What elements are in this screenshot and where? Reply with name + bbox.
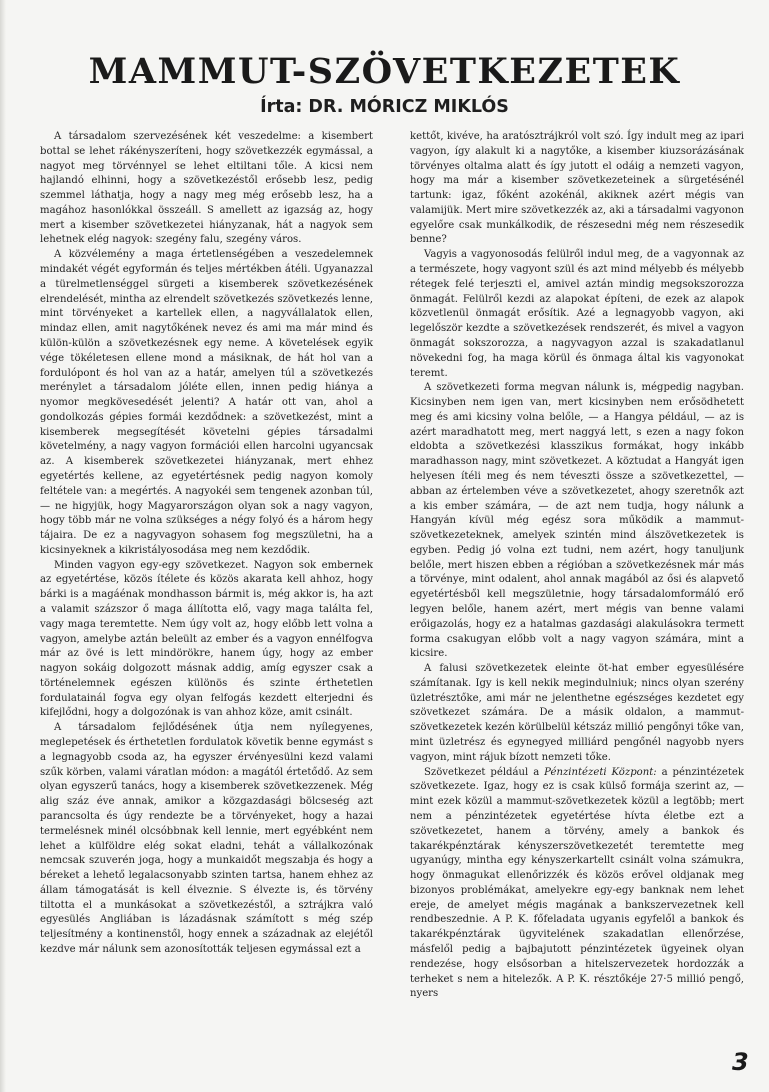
magazine-page: MAMMUT-SZÖVETKEZETEK Írta:DR. MÓRICZ MIK… (0, 0, 769, 1092)
paragraph-continued: kettőt, kivéve, ha aratósztrájkról volt … (410, 130, 744, 248)
paragraph: A társadalom fejlődésének útja nem nyíle… (40, 721, 373, 958)
paragraph: A szövetkezeti forma megvan nálunk is, m… (410, 381, 744, 662)
paragraph: A falusi szövetkezetek eleinte öt-hat em… (410, 662, 744, 765)
page-number: 3 (732, 1048, 749, 1076)
paragraph-text: Szövetkezet például a (424, 767, 544, 778)
byline-prefix: Írta: (260, 97, 302, 117)
institution-name-italic: Pénzintézeti Központ: (544, 767, 657, 778)
paragraph: A társadalom szervezésének két veszedelm… (40, 130, 373, 248)
paragraph: Vagyis a vagyonosodás felülről indul meg… (410, 248, 744, 381)
left-text-column: A társadalom szervezésének két veszedelm… (40, 130, 373, 958)
article-title: MAMMUT-SZÖVETKEZETEK (0, 52, 769, 92)
right-text-column: kettőt, kivéve, ha aratósztrájkról volt … (410, 130, 744, 1002)
paragraph: Szövetkezet például a Pénzintézeti Közpo… (410, 766, 744, 1003)
article-byline: Írta:DR. MÓRICZ MIKLÓS (0, 96, 769, 118)
page-edge-shadow (0, 0, 6, 1092)
author-name: DR. MÓRICZ MIKLÓS (308, 97, 508, 117)
paragraph: Minden vagyon egy-egy szövetkezet. Nagyo… (40, 559, 373, 722)
paragraph: A közvélemény a maga értetlenségében a v… (40, 248, 373, 558)
paragraph-text: a pénzintézetek szövetkezete. Igaz, hogy… (410, 767, 744, 1000)
